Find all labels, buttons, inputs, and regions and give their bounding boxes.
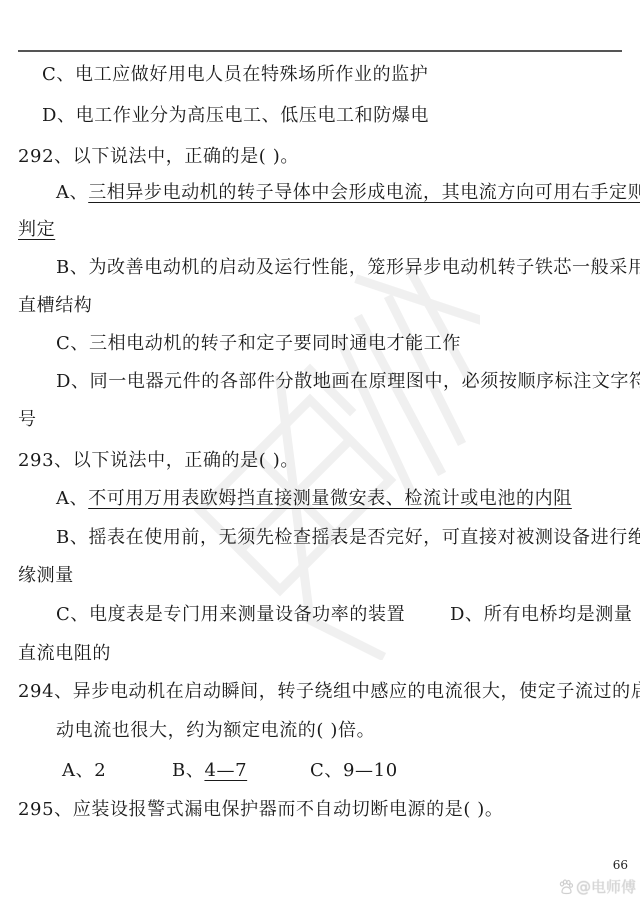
question-292-stem: 292、以下说法中，正确的是( )。	[18, 145, 299, 169]
source-signature: @电师傅	[558, 876, 636, 897]
option-text-correct: 不可用万用表欧姆挡直接测量微安表、检流计或电池的内阻	[88, 488, 572, 509]
question-293-option-d-cont: 直流电阻的	[18, 642, 111, 666]
question-292-option-c: C、三相电动机的转子和定子要同时通电才能工作	[56, 332, 461, 356]
question-292-option-a: A、三相异步电动机的转子导体中会形成电流，其电流方向可用右手定则	[56, 181, 640, 205]
option-label: B、	[56, 527, 88, 548]
question-294-stem: 294、异步电动机在启动瞬间，转子绕组中感应的电流很大，使定子流过的启	[18, 680, 640, 704]
option-label: C、	[56, 604, 89, 625]
option-label: A、	[56, 182, 88, 203]
question-294-option-c: C、9—10	[310, 759, 398, 783]
option-text: 三相电动机的转子和定子要同时通电才能工作	[89, 333, 461, 354]
question-292-option-b: B、为改善电动机的启动及运行性能，笼形异步电动机转子铁芯一般采用	[56, 256, 640, 280]
option-label: D、	[450, 604, 484, 625]
option-text: 所有电桥均是测量	[484, 604, 633, 625]
question-294-stem-cont: 动电流也很大，约为额定电流的( )倍。	[56, 719, 375, 743]
option-text: 电工应做好用电人员在特殊场所作业的监护	[75, 64, 428, 85]
question-294-option-a: A、2	[62, 759, 106, 783]
question-292-option-d: D、同一电器元件的各部件分散地画在原理图中，必须按顺序标注文字符	[56, 370, 640, 394]
option-text: 电度表是专门用来测量设备功率的装置	[89, 604, 405, 625]
option-label: A、	[56, 488, 88, 509]
option-text: 2	[94, 760, 106, 781]
option-label: A、	[62, 760, 94, 781]
option-text: 为改善电动机的启动及运行性能，笼形异步电动机转子铁芯一般采用	[88, 257, 640, 278]
signature-text: @电师傅	[576, 876, 636, 897]
question-292-option-a-cont: 判定	[18, 218, 55, 242]
page-number: 66	[613, 858, 628, 872]
question-292-option-b-cont: 直槽结构	[18, 294, 92, 318]
option-text: 同一电器元件的各部件分散地画在原理图中，必须按顺序标注文字符	[90, 371, 640, 392]
question-293-option-c: C、电度表是专门用来测量设备功率的装置	[56, 603, 405, 627]
option-text: 电工作业分为高压电工、低压电工和防爆电	[76, 105, 429, 126]
option-label: D、	[42, 105, 76, 126]
baidu-paw-icon	[558, 879, 574, 895]
question-294-option-b: B、4—7	[172, 759, 247, 783]
option-text: 9—10	[343, 760, 398, 781]
option-d-prev: D、电工作业分为高压电工、低压电工和防爆电	[42, 104, 429, 128]
option-text: 摇表在使用前，无须先检查摇表是否完好，可直接对被测设备进行绝	[88, 527, 640, 548]
question-295-stem: 295、应装设报警式漏电保护器而不自动切断电源的是( )。	[18, 798, 504, 822]
header-rule	[18, 50, 622, 52]
option-label: C、	[310, 760, 343, 781]
option-label: C、	[42, 64, 75, 85]
question-293-option-b-cont: 缘测量	[18, 564, 74, 588]
option-label: D、	[56, 371, 90, 392]
question-293-stem: 293、以下说法中，正确的是( )。	[18, 449, 299, 473]
question-293-option-a: A、不可用万用表欧姆挡直接测量微安表、检流计或电池的内阻	[56, 487, 572, 511]
option-label: B、	[56, 257, 88, 278]
option-label: C、	[56, 333, 89, 354]
option-c-prev: C、电工应做好用电人员在特殊场所作业的监护	[42, 63, 428, 87]
question-293-option-d: D、所有电桥均是测量	[450, 603, 632, 627]
option-text-correct: 三相异步电动机的转子导体中会形成电流，其电流方向可用右手定则	[88, 182, 640, 203]
question-292-option-d-cont: 号	[18, 408, 37, 432]
option-label: B、	[172, 760, 204, 781]
option-text-correct: 4—7	[204, 760, 247, 781]
option-text-correct: 判定	[18, 219, 55, 240]
document-page: C、电工应做好用电人员在特殊场所作业的监护 D、电工作业分为高压电工、低压电工和…	[0, 0, 640, 909]
question-293-option-b: B、摇表在使用前，无须先检查摇表是否完好，可直接对被测设备进行绝	[56, 526, 640, 550]
